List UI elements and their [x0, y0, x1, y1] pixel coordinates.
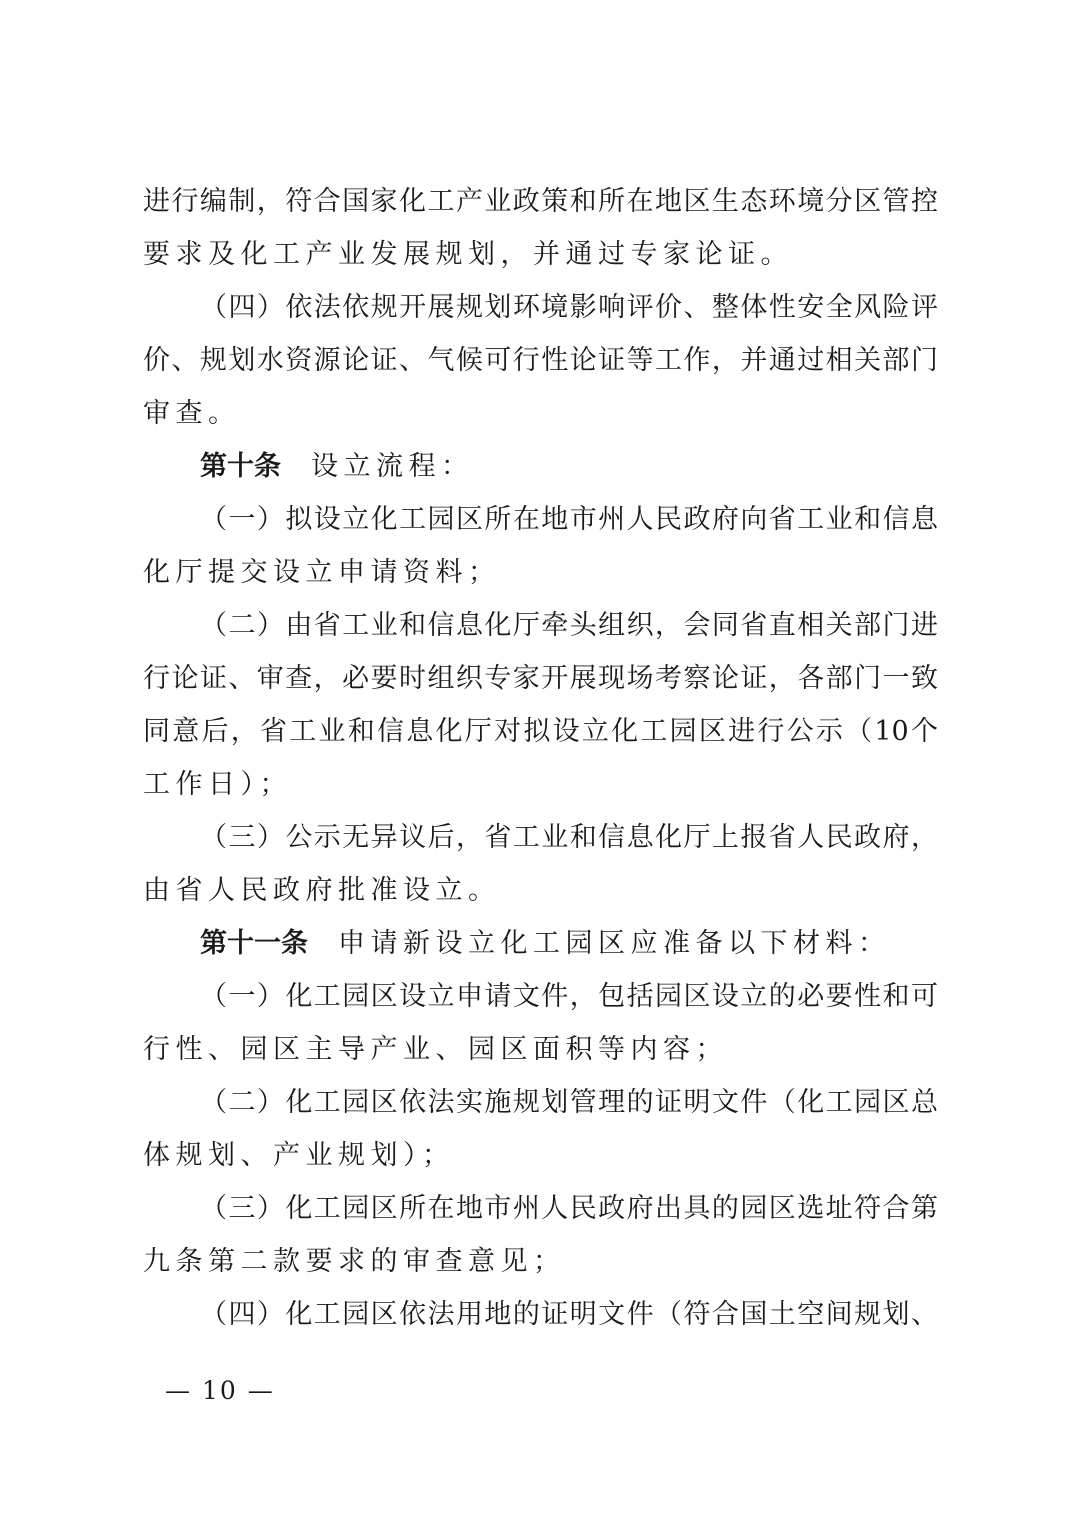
clause-item-4: （四）化工园区依法用地的证明文件（符合国土空间规划、 — [200, 1295, 938, 1335]
body-line: 行论证、审查，必要时组织专家开展现场考察论证，各部门一致 — [143, 659, 938, 699]
clause-item-1: （一）化工园区设立申请文件，包括园区设立的必要性和可 — [200, 977, 938, 1017]
page-number: — 10 — — [165, 1374, 275, 1408]
body-line: 价、规划水资源论证、气候可行性论证等工作，并通过相关部门 — [143, 341, 938, 381]
clause-item-4: （四）依法依规开展规划环境影响评价、整体性安全风险评 — [200, 288, 938, 328]
article-title: 设立流程： — [311, 451, 474, 482]
body-line: 进行编制，符合国家化工产业政策和所在地区生态环境分区管控 — [143, 182, 938, 222]
article-heading: 第十一条 — [200, 928, 308, 959]
body-line: 要求及化工产业发展规划，并通过专家论证。 — [143, 235, 938, 275]
body-line: 同意后，省工业和信息化厅对拟设立化工园区进行公示（10个 — [143, 712, 938, 752]
article-10: 第十条设立流程： — [200, 447, 938, 487]
article-title: 申请新设立化工园区应准备以下材料： — [338, 928, 891, 959]
article-11: 第十一条申请新设立化工园区应准备以下材料： — [200, 924, 938, 964]
body-line: 审查。 — [143, 394, 938, 434]
body-line: 行性、园区主导产业、园区面积等内容； — [143, 1030, 938, 1070]
body-line: 化厅提交设立申请资料； — [143, 553, 938, 593]
article-heading: 第十条 — [200, 451, 281, 482]
document-page: 进行编制，符合国家化工产业政策和所在地区生态环境分区管控 要求及化工产业发展规划… — [0, 0, 1080, 1527]
clause-item-3: （三）公示无异议后，省工业和信息化厅上报省人民政府， — [200, 818, 938, 858]
clause-item-1: （一）拟设立化工园区所在地市州人民政府向省工业和信息 — [200, 500, 938, 540]
body-line: 工作日）； — [143, 765, 938, 805]
clause-item-2: （二）化工园区依法实施规划管理的证明文件（化工园区总 — [200, 1083, 938, 1123]
clause-item-2: （二）由省工业和信息化厅牵头组织，会同省直相关部门进 — [200, 606, 938, 646]
body-line: 体规划、产业规划）； — [143, 1136, 938, 1176]
body-line: 由省人民政府批准设立。 — [143, 871, 938, 911]
body-line: 九条第二款要求的审查意见； — [143, 1242, 938, 1282]
clause-item-3: （三）化工园区所在地市州人民政府出具的园区选址符合第 — [200, 1189, 938, 1229]
